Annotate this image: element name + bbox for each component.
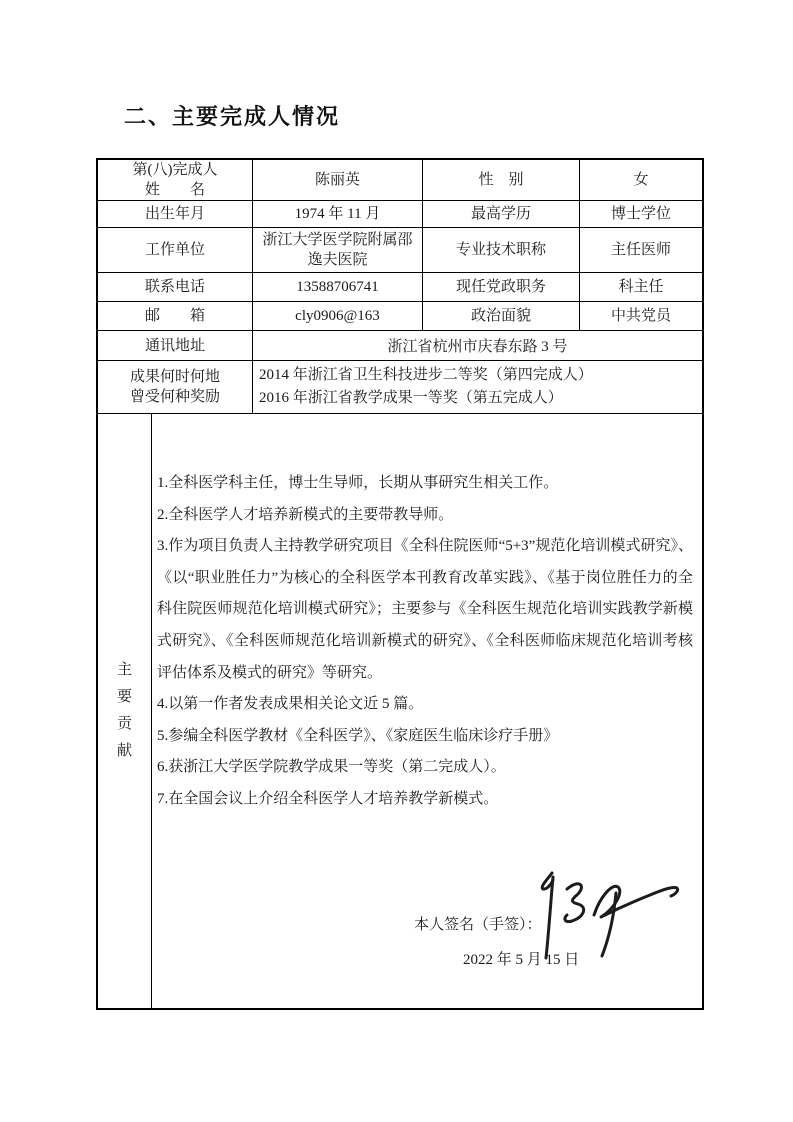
field-label-line: 姓 名: [145, 180, 205, 200]
contribution-item: 4.以第一作者发表成果相关论文近 5 篇。: [157, 689, 693, 721]
field-label-gender: 性 别: [423, 160, 580, 200]
table-row: 邮 箱 cly0906@163 政治面貌 中共党员: [98, 302, 702, 331]
contribution-item: 5.参编全科医学教材《全科医学》、《家庭医生临床诊疗手册》: [157, 721, 693, 753]
field-label-address: 通讯地址: [98, 331, 253, 360]
field-label-phone: 联系电话: [98, 273, 253, 301]
table-row: 成果何时何地 曾受何种奖励 2014 年浙江省卫生科技进步二等奖（第四完成人） …: [98, 361, 702, 414]
vertical-label-char: 献: [117, 738, 132, 765]
field-value-name: 陈丽英: [253, 160, 423, 200]
field-value-email: cly0906@163: [253, 302, 423, 330]
contribution-item: 2.全科医学人才培养新模式的主要带教导师。: [157, 500, 693, 532]
award-line: 2014 年浙江省卫生科技进步二等奖（第四完成人）: [259, 364, 593, 387]
vertical-label-char: 贡: [117, 711, 132, 738]
field-label-education: 最高学历: [423, 201, 580, 227]
field-value-gender: 女: [580, 160, 702, 200]
award-line: 2016 年浙江省教学成果一等奖（第五完成人）: [259, 387, 563, 410]
completer-info-table: 第(八)完成人 姓 名 陈丽英 性 别 女 出生年月 1974 年 11 月 最…: [96, 158, 704, 1010]
field-value-address: 浙江省杭州市庆春东路 3 号: [253, 331, 702, 360]
field-value-awards: 2014 年浙江省卫生科技进步二等奖（第四完成人） 2016 年浙江省教学成果一…: [253, 361, 702, 413]
field-value-workunit: 浙江大学医学院附属邵逸夫医院: [253, 228, 423, 272]
table-row: 通讯地址 浙江省杭州市庆春东路 3 号: [98, 331, 702, 361]
contribution-item: 7.在全国会议上介绍全科医学人才培养教学新模式。: [157, 784, 693, 816]
table-row-contributions: 主 要 贡 献 1.全科医学科主任，博士生导师，长期从事研究生相关工作。 2.全…: [98, 414, 702, 1008]
signature-label: 本人签名（手签）：: [414, 913, 542, 934]
field-value-phone: 13588706741: [253, 273, 423, 301]
field-value-birthdate: 1974 年 11 月: [253, 201, 423, 227]
signature-date: 2022 年 5 月 15 日: [463, 948, 579, 969]
field-label-line: 曾受何种奖励: [130, 387, 220, 407]
vertical-label-char: 要: [117, 684, 132, 711]
table-row: 出生年月 1974 年 11 月 最高学历 博士学位: [98, 201, 702, 228]
field-label-birthdate: 出生年月: [98, 201, 253, 227]
field-value-position: 科主任: [580, 273, 702, 301]
field-label-name: 第(八)完成人 姓 名: [98, 160, 253, 200]
field-label-line: 第(八)完成人: [133, 160, 218, 180]
table-row: 工作单位 浙江大学医学院附属邵逸夫医院 专业技术职称 主任医师: [98, 228, 702, 273]
table-row: 联系电话 13588706741 现任党政职务 科主任: [98, 273, 702, 302]
contribution-item: 3.作为项目负责人主持教学研究项目《全科住院医师“5+3”规范化培训模式研究》、…: [157, 531, 693, 689]
contribution-item: 6.获浙江大学医学院教学成果一等奖（第二完成人）。: [157, 752, 693, 784]
field-label-email: 邮 箱: [98, 302, 253, 330]
contribution-item: 1.全科医学科主任，博士生导师，长期从事研究生相关工作。: [157, 468, 693, 500]
field-label-workunit: 工作单位: [98, 228, 253, 272]
field-label-title: 专业技术职称: [423, 228, 580, 272]
field-value-political-status: 中共党员: [580, 302, 702, 330]
field-value-main-contributions: 1.全科医学科主任，博士生导师，长期从事研究生相关工作。 2.全科医学人才培养新…: [152, 414, 702, 1008]
field-label-position: 现任党政职务: [423, 273, 580, 301]
table-row: 第(八)完成人 姓 名 陈丽英 性 别 女: [98, 160, 702, 201]
field-label-line: 成果何时何地: [130, 367, 220, 387]
page-title: 二、主要完成人情况: [124, 100, 340, 131]
field-label-main-contributions: 主 要 贡 献: [98, 414, 152, 1008]
field-label-awards: 成果何时何地 曾受何种奖励: [98, 361, 253, 413]
field-label-political-status: 政治面貌: [423, 302, 580, 330]
field-value-title: 主任医师: [580, 228, 702, 272]
field-value-education: 博士学位: [580, 201, 702, 227]
document-page: { "title": "二、主要完成人情况", "table": { "row1…: [0, 0, 793, 1122]
vertical-label-char: 主: [117, 657, 132, 684]
